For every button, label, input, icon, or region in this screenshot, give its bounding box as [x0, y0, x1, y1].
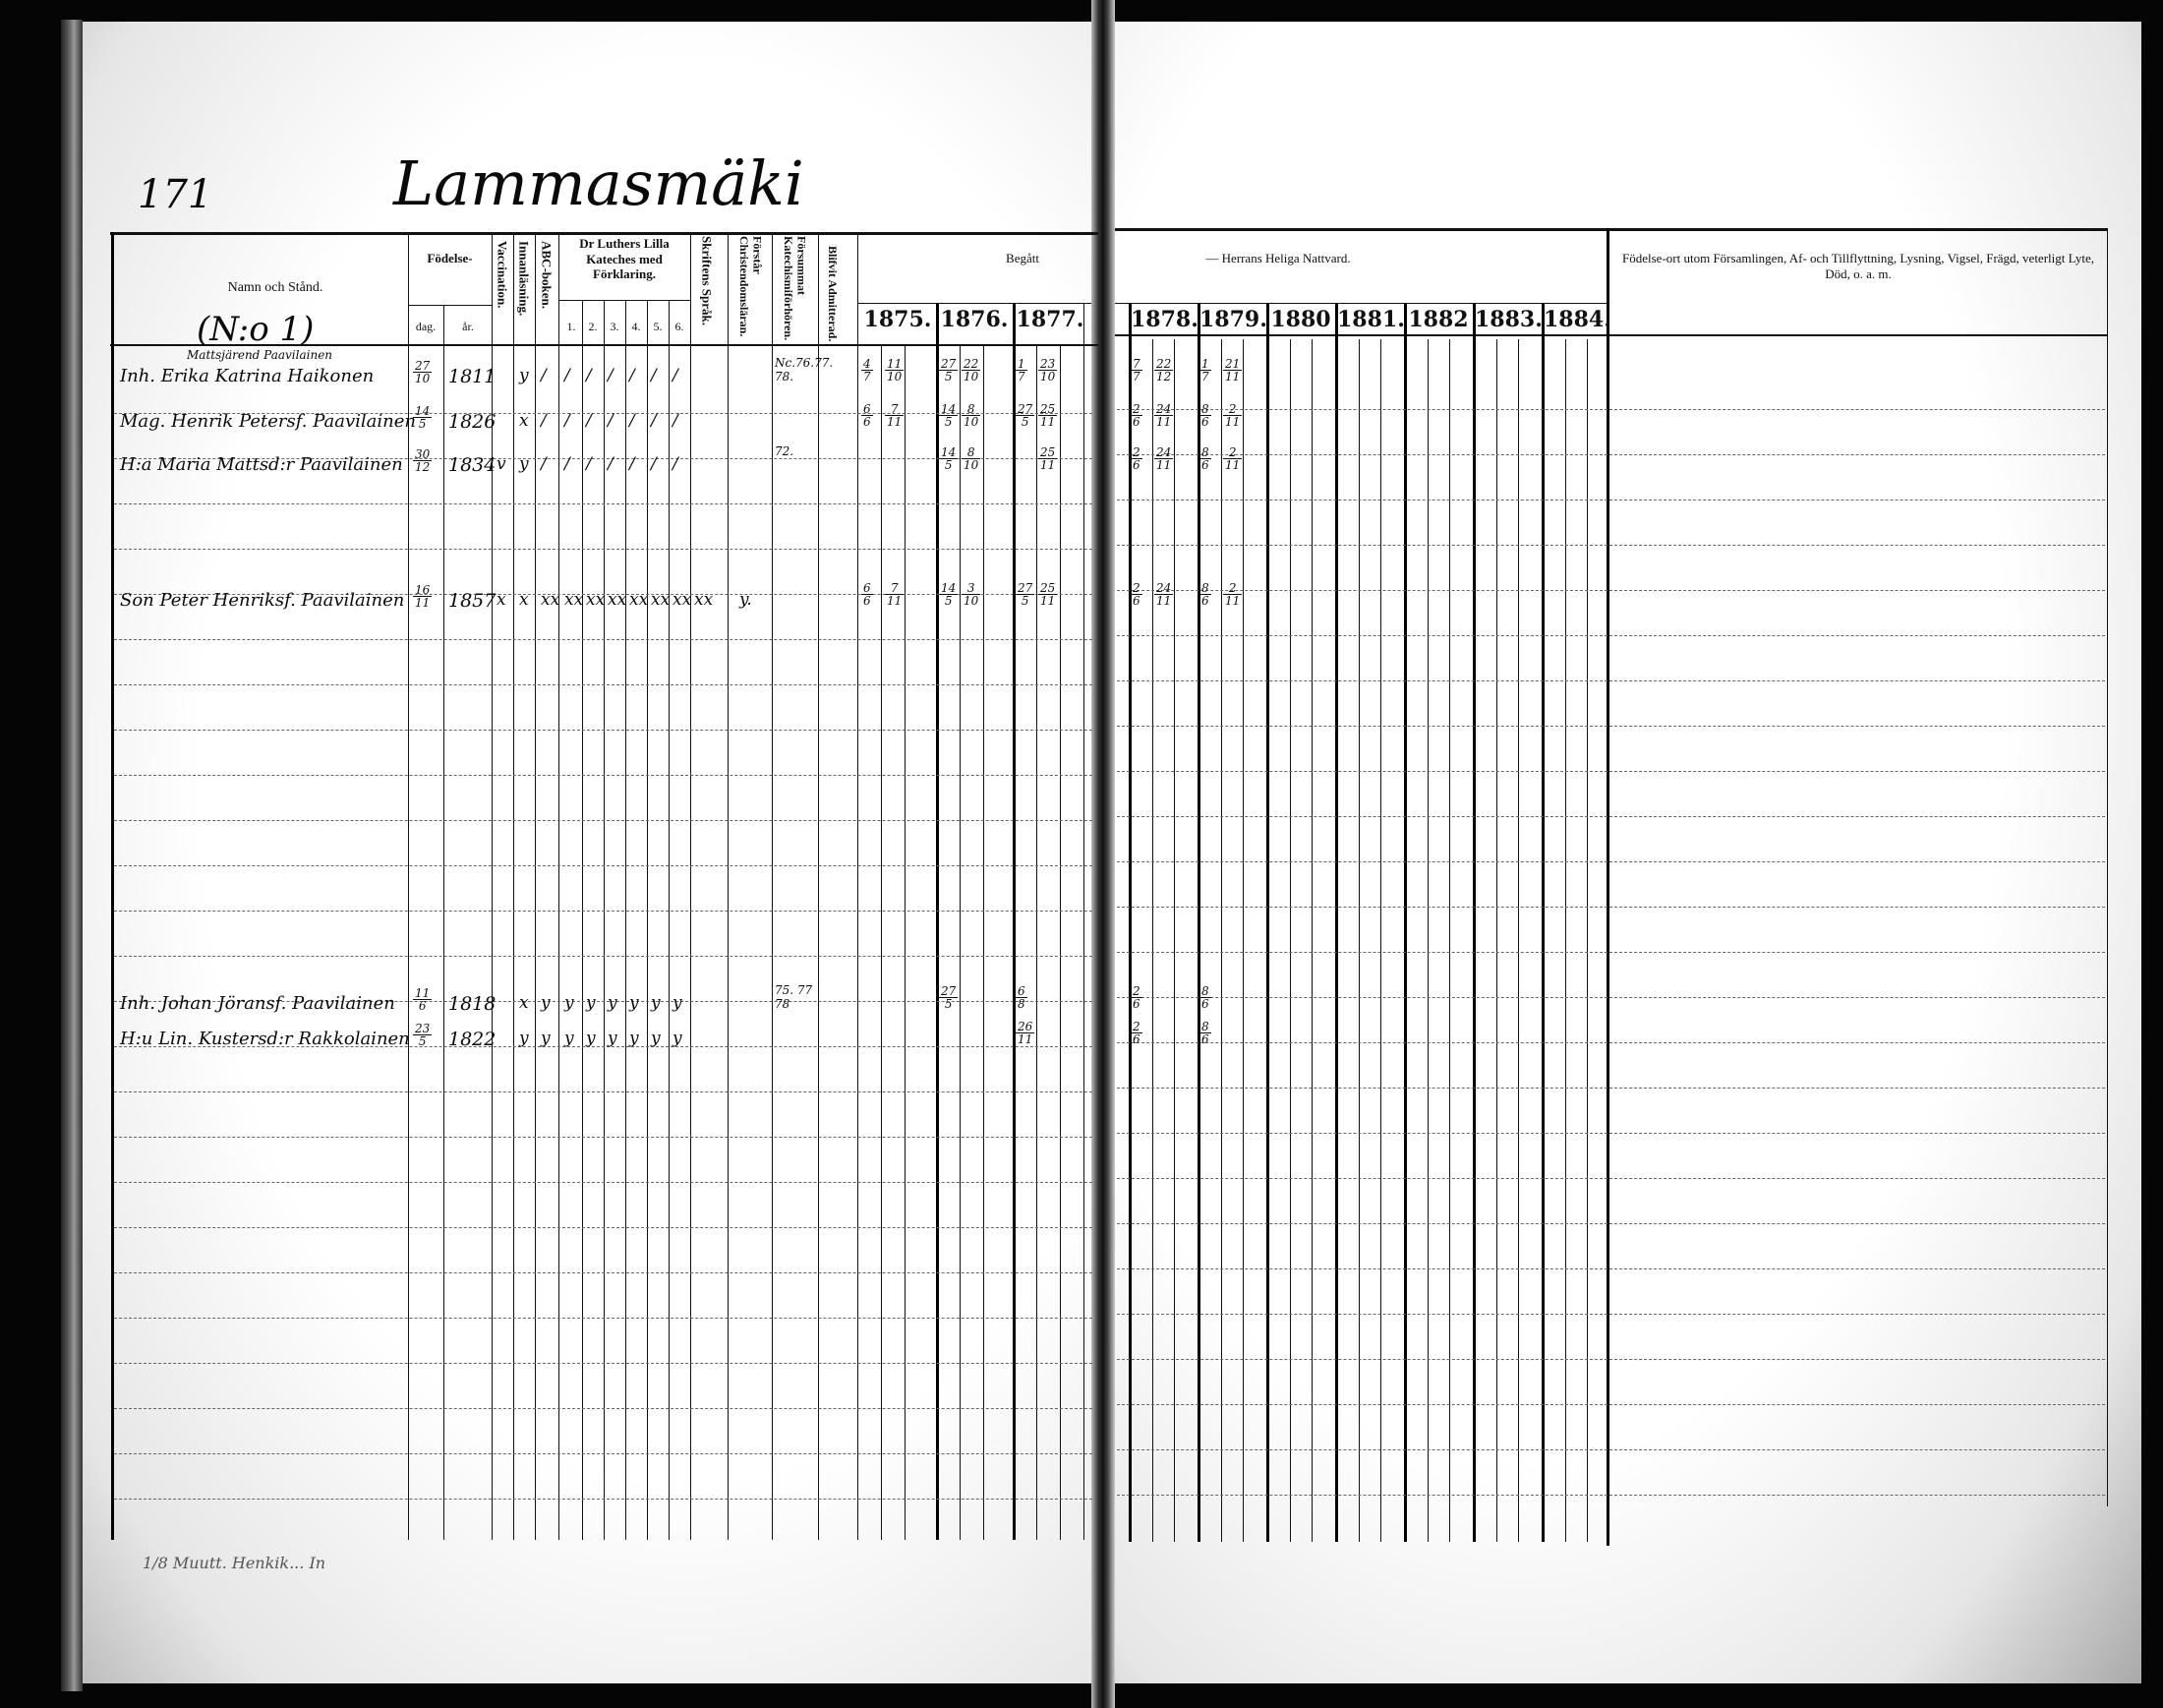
entry-abc: y: [541, 1029, 551, 1048]
entry-name: Inh. Johan Jöransf. Paavilainen: [120, 993, 395, 1014]
communion-date: 145: [939, 582, 958, 607]
communion-date: 2611: [1016, 1021, 1034, 1045]
book-spine: [1091, 0, 1115, 1708]
entry-catechism-2: /: [586, 366, 592, 385]
col-rule: [1060, 344, 1061, 1540]
col-rule: [582, 300, 583, 1540]
entry-name: H:u Lin. Kustersd:r Rakkolainen: [120, 1029, 410, 1049]
entry-abc: y: [541, 993, 551, 1013]
col-rule: [1174, 339, 1175, 1542]
communion-date: 235: [413, 1023, 432, 1047]
entry-name: Son Peter Henriksf. Paavilainen: [120, 590, 404, 611]
entry-vaccination: v: [497, 454, 506, 474]
communion-date: 2210: [962, 358, 980, 383]
year-col-rule: [936, 303, 939, 1540]
header-birth: Födelse-: [408, 251, 492, 266]
year-rule: [1115, 303, 1607, 304]
header-birth-year: år.: [444, 320, 492, 333]
communion-date: 145: [413, 405, 432, 430]
communion-date: 2212: [1154, 358, 1173, 383]
entry-name: H:a Maria Mattsd:r Paavilainen: [120, 454, 403, 475]
row-rule: [1117, 1178, 2105, 1179]
header-missed: Försummat Katechismiförhören.: [782, 236, 807, 342]
col-rule: [1449, 339, 1450, 1542]
row-rule: [114, 1408, 1092, 1409]
communion-date: 86: [1199, 446, 1211, 471]
communion-date: 275: [939, 358, 958, 383]
entry-catechism-2: y: [586, 1029, 596, 1048]
row-rule: [114, 820, 1092, 821]
col-rule: [1380, 339, 1381, 1542]
row-rule: [1117, 1042, 2105, 1043]
row-rule: [1117, 771, 2105, 772]
catechism-part-3: 3.: [604, 320, 625, 333]
row-rule: [114, 956, 1092, 957]
entry-catechism-6: /: [672, 366, 678, 385]
year-1880: 1880: [1268, 307, 1333, 332]
entry-abc: /: [541, 366, 547, 385]
row-rule: [1117, 1449, 2105, 1450]
communion-date: 26: [1131, 403, 1142, 428]
entry-catechism-4: y: [629, 993, 639, 1013]
entry-vaccination: x: [497, 590, 506, 610]
header-top-rule-right: [1115, 228, 2108, 231]
communion-date: 310: [962, 582, 980, 607]
row-rule: [1117, 1359, 2105, 1360]
row-rule: [1117, 861, 2105, 862]
year-1878: 1878.: [1131, 307, 1196, 332]
communion-date: 17: [1199, 358, 1211, 383]
header-vaccination: Vaccination.: [495, 241, 508, 339]
row-rule: [114, 730, 1092, 731]
sub-rule: [558, 300, 690, 301]
row-rule: [114, 911, 1092, 912]
communion-date: 2310: [1038, 358, 1057, 383]
communion-date: 2411: [1154, 446, 1173, 471]
row-rule: [1117, 545, 2105, 546]
entry-catechism-6: /: [672, 454, 678, 474]
year-1876: 1876.: [938, 307, 1011, 332]
catechism-part-5: 5.: [647, 320, 669, 333]
year-1881: 1881.: [1337, 307, 1402, 332]
col-rule: [857, 232, 858, 1540]
entry-birth-year: 1822: [448, 1029, 496, 1050]
communion-date: 2511: [1038, 582, 1057, 607]
entry-missed: 75. 77 78: [775, 983, 818, 1011]
col-rule: [960, 344, 961, 1540]
sub-rule: [408, 305, 492, 306]
entry-birth-year: 1857: [448, 590, 496, 612]
row-rule: [1117, 997, 2105, 998]
row-rule: [1117, 952, 2105, 953]
catechism-part-4: 4.: [625, 320, 647, 333]
communion-date: 810: [962, 403, 980, 428]
row-rule: [114, 775, 1092, 776]
row-rule: [1117, 1223, 2105, 1224]
communion-date: 66: [861, 403, 873, 428]
communion-date: 211: [1223, 403, 1242, 428]
row-rule: [114, 865, 1092, 866]
entry-note: Mattsjärend Paavilainen: [187, 348, 332, 362]
communion-date: 86: [1199, 582, 1211, 607]
year-col-rule: [1404, 303, 1407, 1542]
communion-date: 211: [1223, 446, 1242, 471]
col-rule: [1290, 339, 1291, 1542]
left-frame-rule: [111, 232, 114, 1540]
col-rule: [1221, 339, 1222, 1542]
communion-date: 1110: [885, 358, 904, 383]
row-rule: [1117, 590, 2105, 591]
year-rule: [857, 303, 1091, 304]
row-rule: [1117, 680, 2105, 681]
year-col-rule: [1266, 303, 1269, 1542]
header-scripture: Skriftens Språk.: [699, 236, 713, 342]
row-rule: [1117, 1268, 2105, 1269]
header-remarks: Födelse-ort utom Församlingen, Af- och T…: [1612, 251, 2104, 281]
col-rule: [1587, 339, 1588, 1542]
entry-scripture: xx: [694, 590, 713, 610]
communion-date: 68: [1016, 985, 1027, 1010]
communion-date: 145: [939, 403, 958, 428]
entry-catechism-1: /: [564, 454, 570, 474]
year-col-rule: [1542, 303, 1545, 1542]
entry-catechism-3: /: [608, 454, 614, 474]
communion-date: 2511: [1038, 446, 1057, 471]
communion-date: 275: [939, 985, 958, 1010]
col-rule: [1359, 339, 1360, 1542]
entry-catechism-1: /: [564, 366, 570, 385]
entry-reading: y: [519, 366, 529, 385]
communion-date: 2411: [1154, 582, 1173, 607]
entry-catechism-4: y: [629, 1029, 639, 1048]
row-rule: [1117, 907, 2105, 908]
row-rule: [114, 503, 1092, 504]
entry-catechism-5: y: [651, 1029, 661, 1048]
communion-date: 86: [1199, 403, 1211, 428]
communion-date: 17: [1016, 358, 1027, 383]
communion-date: 26: [1131, 446, 1142, 471]
communion-date: 1611: [413, 584, 432, 609]
entry-missed: 72.: [775, 444, 818, 458]
communion-date: 711: [885, 403, 904, 428]
entry-catechism-4: /: [629, 411, 635, 431]
entry-catechism-2: y: [586, 993, 596, 1013]
entry-reading: x: [519, 411, 529, 431]
entry-doctrine: y.: [739, 590, 752, 610]
col-rule: [1243, 339, 1244, 1542]
col-rule: [604, 300, 605, 1540]
entry-catechism-1: xx: [564, 590, 583, 610]
entry-reading: x: [519, 590, 529, 610]
header-reading: Innanläsning.: [516, 241, 530, 339]
entry-catechism-4: /: [629, 366, 635, 385]
header-name: Namn och Stånd.: [167, 280, 383, 297]
col-rule: [905, 344, 906, 1540]
year-1882: 1882: [1406, 307, 1471, 332]
entry-catechism-1: y: [564, 993, 574, 1013]
row-rule: [1117, 816, 2105, 817]
entry-catechism-6: y: [672, 993, 682, 1013]
year-col-rule: [1013, 303, 1016, 1540]
row-rule: [1117, 635, 2105, 636]
communion-date: 211: [1223, 582, 1242, 607]
entry-abc: xx: [541, 590, 559, 610]
header-abc: ABC-boken.: [539, 241, 553, 339]
entry-reading: x: [519, 993, 529, 1013]
communion-date: 47: [861, 358, 873, 383]
header-communion-right: — Herrans Heliga Nattvard.: [1155, 251, 1401, 266]
year-col-rule: [1335, 303, 1338, 1542]
entry-catechism-2: /: [586, 454, 592, 474]
row-rule: [114, 549, 1092, 550]
col-rule: [1565, 339, 1566, 1542]
entry-catechism-6: y: [672, 1029, 682, 1048]
entry-birth-year: 1826: [448, 411, 496, 433]
row-rule: [114, 1091, 1092, 1092]
col-rule: [881, 344, 882, 1540]
communion-date: 26: [1131, 1021, 1142, 1045]
communion-date: 275: [1016, 403, 1034, 428]
communion-date: 116: [413, 987, 432, 1012]
row-rule: [1117, 500, 2105, 501]
row-rule: [1117, 409, 2105, 410]
communion-date: 2511: [1038, 403, 1057, 428]
col-rule: [669, 300, 670, 1540]
year-col-rule: [1129, 303, 1132, 1542]
communion-date: 26: [1131, 985, 1142, 1010]
col-rule: [1312, 339, 1313, 1542]
col-rule: [558, 232, 559, 1540]
year-1877: 1877.: [1015, 307, 1085, 332]
entry-reading: y: [519, 454, 529, 474]
row-rule: [114, 1272, 1092, 1273]
col-rule: [690, 232, 691, 1540]
entry-catechism-5: y: [651, 993, 661, 1013]
entry-abc: /: [541, 454, 547, 474]
communion-date: 810: [962, 446, 980, 471]
header-admitted: Blifvit Admitterad.: [826, 246, 839, 342]
catechism-part-1: 1.: [560, 320, 582, 333]
col-rule: [647, 300, 648, 1540]
col-rule: [1428, 339, 1429, 1542]
row-rule: [114, 1453, 1092, 1454]
entry-name: Inh. Erika Katrina Haikonen: [120, 366, 374, 386]
col-rule: [1496, 339, 1497, 1542]
entry-catechism-4: xx: [629, 590, 648, 610]
communion-date: 2710: [413, 360, 432, 384]
entry-catechism-3: xx: [608, 590, 626, 610]
entry-abc: /: [541, 411, 547, 431]
entry-name: Mag. Henrik Petersf. Paavilainen: [120, 411, 416, 432]
entry-catechism-2: xx: [586, 590, 605, 610]
col-rule: [1083, 303, 1084, 1540]
entry-catechism-3: y: [608, 1029, 617, 1048]
header-bottom-rule-right: [1115, 334, 2108, 336]
catechism-part-2: 2.: [582, 320, 604, 333]
page-number: 171: [138, 172, 212, 217]
communion-date: 275: [1016, 582, 1034, 607]
entry-catechism-4: /: [629, 454, 635, 474]
header-catechism: Dr Luthers Lilla Kateches med Förklaring…: [560, 236, 688, 282]
col-rule: [1518, 339, 1519, 1542]
communion-date: 26: [1131, 582, 1142, 607]
row-rule: [1117, 454, 2105, 455]
year-1884: 1884.: [1544, 307, 1607, 332]
row-rule: [114, 684, 1092, 685]
entry-birth-year: 1818: [448, 993, 496, 1015]
entry-catechism-6: xx: [672, 590, 691, 610]
row-rule: [1117, 1404, 2105, 1405]
year-col-rule: [1198, 303, 1200, 1542]
entry-birth-year: 1811: [448, 366, 496, 387]
row-rule: [1117, 1133, 2105, 1134]
communion-date: 77: [1131, 358, 1142, 383]
entry-catechism-1: y: [564, 1029, 574, 1048]
row-rule: [114, 1227, 1092, 1228]
entry-catechism-1: /: [564, 411, 570, 431]
year-1875: 1875.: [861, 307, 934, 332]
communion-date: 2411: [1154, 403, 1173, 428]
entry-catechism-5: /: [651, 366, 657, 385]
communion-date: 86: [1199, 1021, 1211, 1045]
row-rule: [114, 1137, 1092, 1138]
col-rule: [818, 232, 819, 1540]
bottom-note: 1/8 Muutt. Henkik... In: [143, 1554, 325, 1572]
row-rule: [1117, 1495, 2105, 1496]
col-rule: [625, 300, 626, 1540]
entry-catechism-5: xx: [651, 590, 670, 610]
col-rule: [728, 232, 729, 1540]
row-rule: [1117, 1088, 2105, 1089]
right-frame-rule: [2107, 228, 2108, 1506]
row-rule: [114, 1363, 1092, 1364]
entry-catechism-5: /: [651, 411, 657, 431]
row-rule: [1117, 726, 2105, 727]
communion-date: 2111: [1223, 358, 1242, 383]
row-rule: [114, 639, 1092, 640]
header-doctrine: Förstår Christendomsläran.: [737, 236, 763, 342]
entry-reading: y: [519, 1029, 529, 1048]
entry-catechism-5: /: [651, 454, 657, 474]
col-rule: [1036, 344, 1037, 1540]
farm-title: Lammasmäki: [393, 147, 804, 219]
year-col-rule: [1473, 303, 1476, 1542]
remarks-rule: [1607, 228, 1609, 1546]
year-1883: 1883.: [1475, 307, 1540, 332]
entry-catechism-6: /: [672, 411, 678, 431]
entry-missed: Nc.76.77. 78.: [775, 356, 818, 383]
communion-date: 66: [861, 582, 873, 607]
communion-date: 145: [939, 446, 958, 471]
row-rule: [114, 1318, 1092, 1319]
household-number: (N:o 1): [197, 310, 314, 349]
communion-date: 86: [1199, 985, 1211, 1010]
col-rule: [1152, 339, 1153, 1542]
year-1879: 1879.: [1199, 307, 1264, 332]
book-left-edge: [61, 20, 83, 1691]
catechism-part-6: 6.: [669, 320, 690, 333]
header-birth-day: dag.: [409, 320, 442, 333]
header-top-rule: [110, 232, 1098, 235]
communion-date: 3012: [413, 448, 432, 473]
entry-birth-year: 1834: [448, 454, 496, 476]
col-rule: [983, 344, 984, 1540]
col-rule: [443, 305, 444, 1540]
col-rule: [513, 232, 514, 1540]
entry-catechism-3: /: [608, 366, 614, 385]
entry-catechism-2: /: [586, 411, 592, 431]
row-rule: [114, 1182, 1092, 1183]
entry-catechism-3: y: [608, 993, 617, 1013]
communion-date: 711: [885, 582, 904, 607]
entry-catechism-3: /: [608, 411, 614, 431]
row-rule: [114, 1499, 1092, 1500]
col-rule: [772, 232, 773, 1540]
row-rule: [1117, 1314, 2105, 1315]
col-rule: [535, 232, 536, 1540]
header-communion-left: Begått: [983, 251, 1062, 266]
